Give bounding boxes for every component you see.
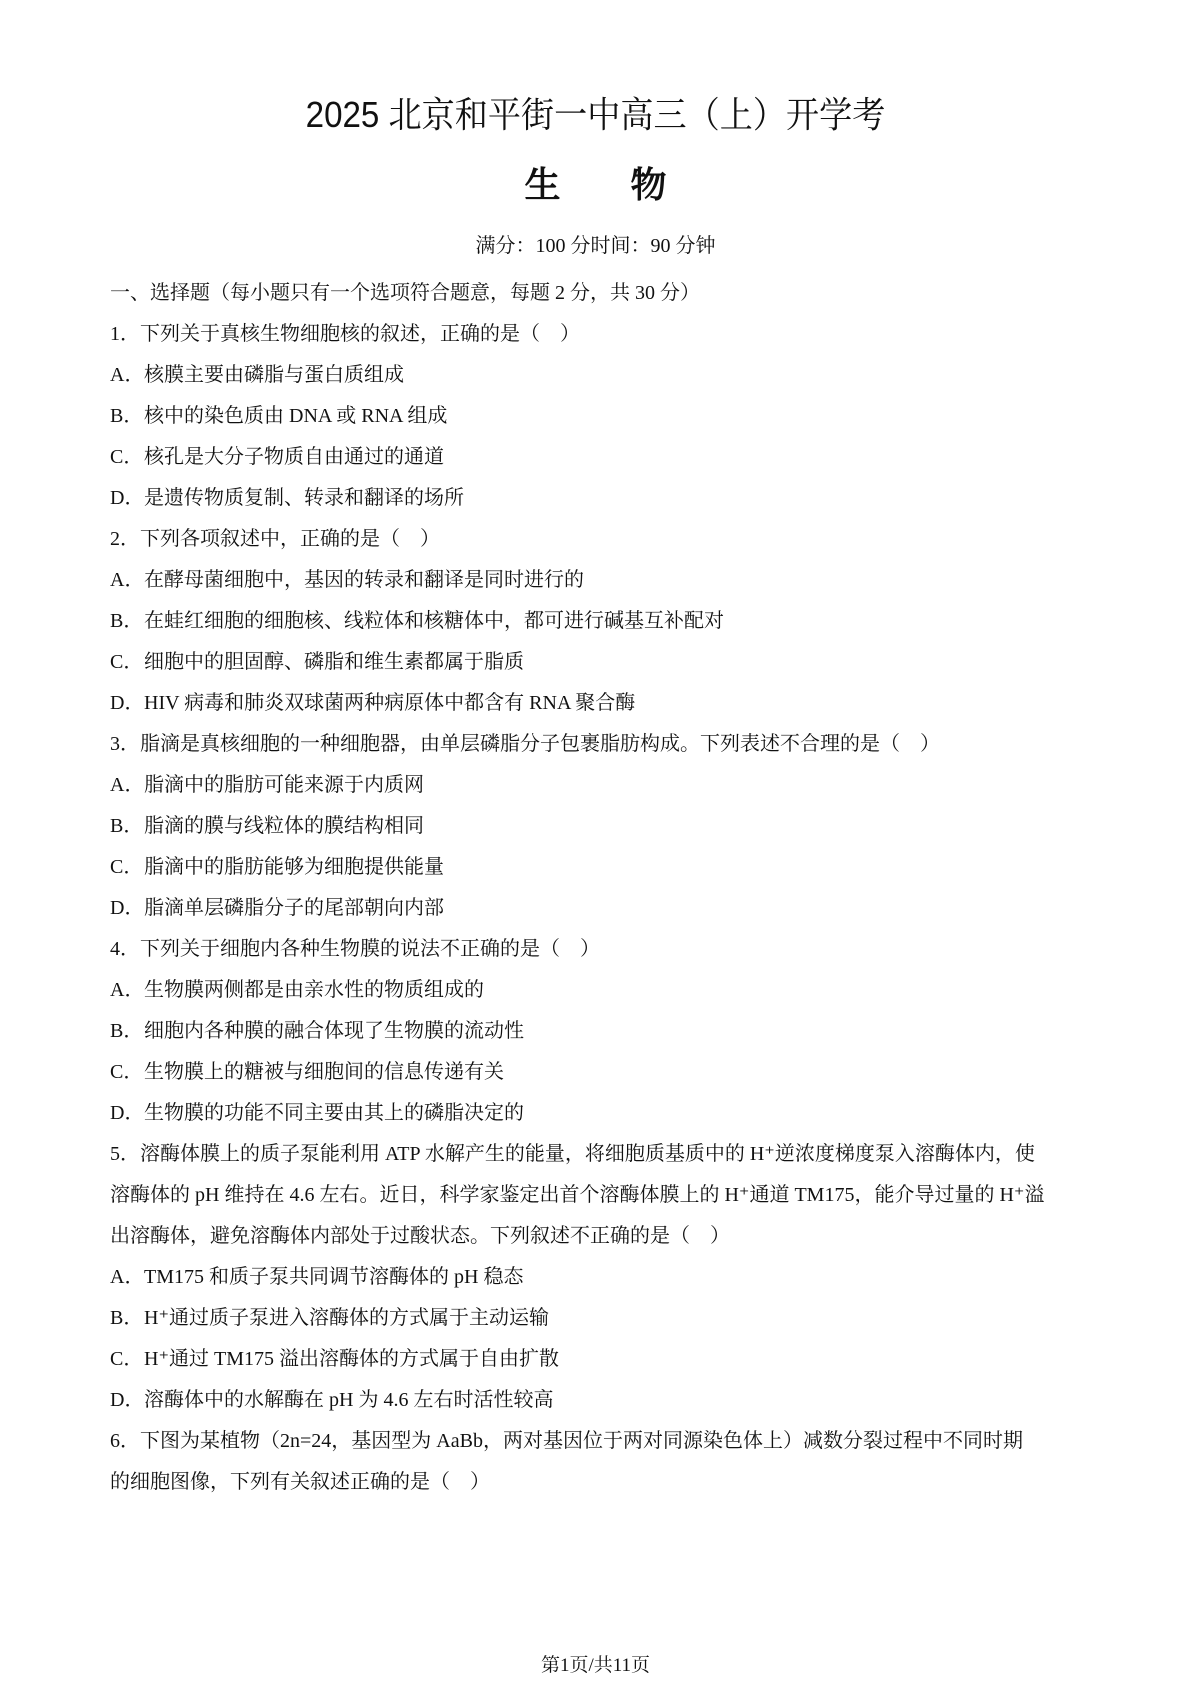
question-stem-line-3: 出溶酶体，避免溶酶体内部处于过酸状态。下列叙述不正确的是（ ） [110,1216,1095,1257]
question-stem-line-2: 的细胞图像，下列有关叙述正确的是（ ） [110,1462,1095,1503]
subject-char-2: 物 [631,160,667,210]
exam-title: 2025 北京和平街一中高三（上）开学考 [48,88,1144,142]
option-b: B．细胞内各种膜的融合体现了生物膜的流动性 [110,1011,1095,1052]
score-time-info: 满分：100 分时间：90 分钟 [0,232,1191,260]
option-c: C．细胞中的胆固醇、磷脂和维生素都属于脂质 [110,642,1095,683]
option-a: A．在酵母菌细胞中，基因的转录和翻译是同时进行的 [110,560,1095,601]
question-stem: 2．下列各项叙述中，正确的是（ ） [110,519,1095,560]
question-2: 2．下列各项叙述中，正确的是（ ） A．在酵母菌细胞中，基因的转录和翻译是同时进… [110,519,1095,724]
option-d: D．生物膜的功能不同主要由其上的磷脂决定的 [110,1093,1095,1134]
option-a: A．生物膜两侧都是由亲水性的物质组成的 [110,970,1095,1011]
option-b: B．H⁺通过质子泵进入溶酶体的方式属于主动运输 [110,1298,1095,1339]
question-3: 3．脂滴是真核细胞的一种细胞器，由单层磷脂分子包裹脂肪构成。下列表述不合理的是（… [110,724,1095,929]
option-a: A．核膜主要由磷脂与蛋白质组成 [110,355,1095,396]
subject-title: 生物 [0,160,1191,210]
option-c: C．生物膜上的糖被与细胞间的信息传递有关 [110,1052,1095,1093]
page-indicator: 第1页/共11页 [0,1652,1191,1680]
question-1: 1．下列关于真核生物细胞核的叙述，正确的是（ ） A．核膜主要由磷脂与蛋白质组成… [110,314,1095,519]
option-a: A．脂滴中的脂肪可能来源于内质网 [110,765,1095,806]
question-6: 6．下图为某植物（2n=24，基因型为 AaBb，两对基因位于两对同源染色体上）… [110,1421,1095,1503]
option-a: A．TM175 和质子泵共同调节溶酶体的 pH 稳态 [110,1257,1095,1298]
question-4: 4．下列关于细胞内各种生物膜的说法不正确的是（ ） A．生物膜两侧都是由亲水性的… [110,929,1095,1134]
subject-char-1: 生 [524,160,560,210]
question-stem-line-1: 6．下图为某植物（2n=24，基因型为 AaBb，两对基因位于两对同源染色体上）… [110,1421,1095,1462]
option-c: C．脂滴中的脂肪能够为细胞提供能量 [110,847,1095,888]
question-stem: 4．下列关于细胞内各种生物膜的说法不正确的是（ ） [110,929,1095,970]
question-stem-line-2: 溶酶体的 pH 维持在 4.6 左右。近日，科学家鉴定出首个溶酶体膜上的 H⁺通… [110,1175,1095,1216]
option-c: C．H⁺通过 TM175 溢出溶酶体的方式属于自由扩散 [110,1339,1095,1380]
section-heading: 一、选择题（每小题只有一个选项符合题意，每题 2 分，共 30 分） [110,273,1095,314]
option-d: D．是遗传物质复制、转录和翻译的场所 [110,478,1095,519]
option-b: B．核中的染色质由 DNA 或 RNA 组成 [110,396,1095,437]
exam-page: 2025 北京和平街一中高三（上）开学考 生物 满分：100 分时间：90 分钟… [0,0,1191,1684]
option-c: C．核孔是大分子物质自由通过的通道 [110,437,1095,478]
option-d: D．脂滴单层磷脂分子的尾部朝向内部 [110,888,1095,929]
option-b: B．在蛙红细胞的细胞核、线粒体和核糖体中，都可进行碱基互补配对 [110,601,1095,642]
option-d: D．HIV 病毒和肺炎双球菌两种病原体中都含有 RNA 聚合酶 [110,683,1095,724]
option-d: D．溶酶体中的水解酶在 pH 为 4.6 左右时活性较高 [110,1380,1095,1421]
question-stem-line-1: 5．溶酶体膜上的质子泵能利用 ATP 水解产生的能量，将细胞质基质中的 H⁺逆浓… [110,1134,1095,1175]
question-stem: 3．脂滴是真核细胞的一种细胞器，由单层磷脂分子包裹脂肪构成。下列表述不合理的是（… [110,724,1095,765]
option-b: B．脂滴的膜与线粒体的膜结构相同 [110,806,1095,847]
question-stem: 1．下列关于真核生物细胞核的叙述，正确的是（ ） [110,314,1095,355]
question-5: 5．溶酶体膜上的质子泵能利用 ATP 水解产生的能量，将细胞质基质中的 H⁺逆浓… [110,1134,1095,1421]
exam-body: 一、选择题（每小题只有一个选项符合题意，每题 2 分，共 30 分） 1．下列关… [110,273,1095,1503]
